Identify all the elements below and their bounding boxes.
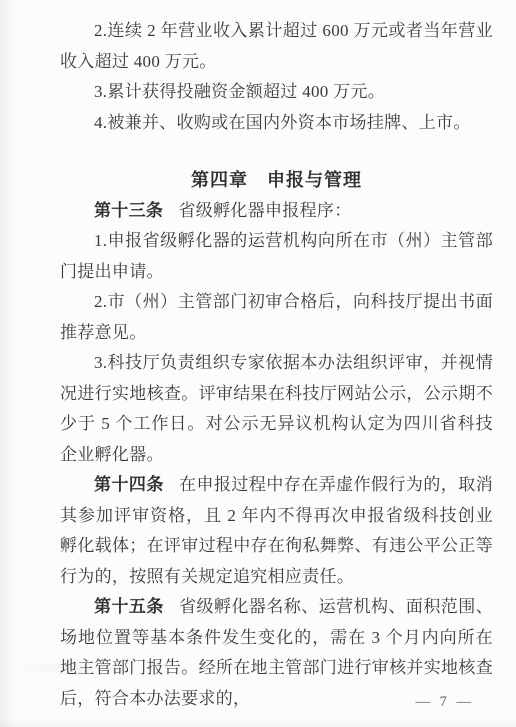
body-paragraph: 3.累计获得投融资金额超过 400 万元。 <box>60 77 493 108</box>
document-body: 2.连续 2 年营业收入累计超过 600 万元或者当年营业收入超过 400 万元… <box>60 16 493 714</box>
page-number: — 7 — <box>416 694 475 711</box>
chapter-heading: 第四章 申报与管理 <box>60 165 493 196</box>
article-number: 第十四条 <box>94 475 164 494</box>
article-text: 省级孵化器申报程序： <box>179 201 352 220</box>
body-paragraph: 2.连续 2 年营业收入累计超过 600 万元或者当年营业收入超过 400 万元… <box>60 16 493 77</box>
article-number: 第十三条 <box>94 201 163 220</box>
body-paragraph: 3.科技厅负责组织专家依据本办法组织评审，并视情况进行实地核查。评审结果在科技厅… <box>60 348 493 470</box>
body-paragraph: 4.被兼并、收购或在国内外资本市场挂牌、上市。 <box>60 108 493 139</box>
scanned-document-page: 2.连续 2 年营业收入累计超过 600 万元或者当年营业收入超过 400 万元… <box>0 0 516 727</box>
article-number: 第十五条 <box>94 597 164 616</box>
article-paragraph: 第十三条省级孵化器申报程序： <box>60 196 493 227</box>
article-paragraph: 第十四条在申报过程中存在弄虚作假行为的，取消其参加评审资格，且 2 年内不得再次… <box>60 470 493 592</box>
body-paragraph: 1.申报省级孵化器的运营机构向所在市（州）主管部门提出申请。 <box>60 226 493 287</box>
body-paragraph: 2.市（州）主管部门初审合格后，向科技厅提出书面推荐意见。 <box>60 287 493 348</box>
